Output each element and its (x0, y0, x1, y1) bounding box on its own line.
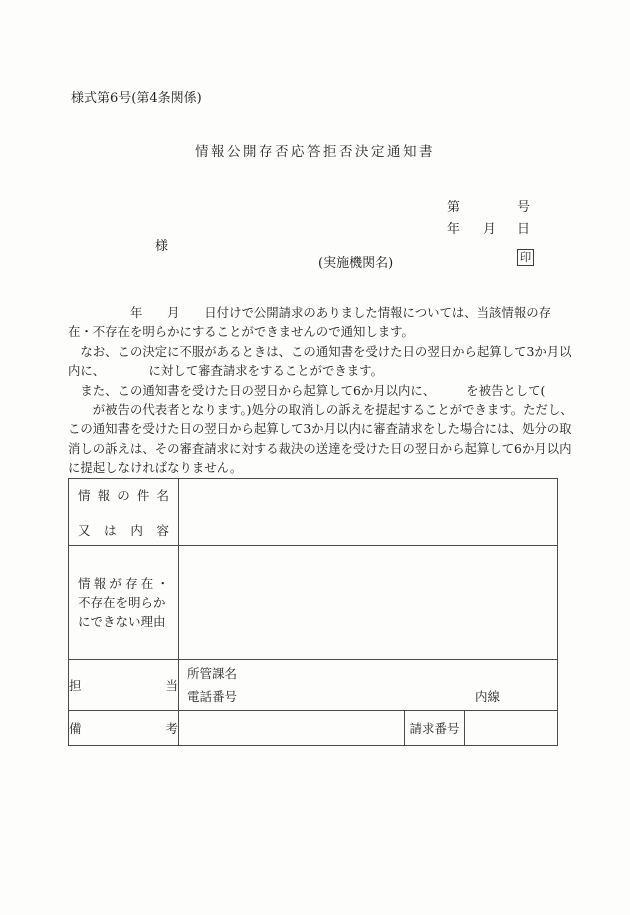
table-row-subject: 情報の件名 又は内容 (69, 479, 558, 546)
agency-name-label: (実施機関名) (318, 252, 393, 271)
body-line: 在・不存在を明らかにすることができませんので通知します。 (68, 322, 568, 341)
request-number-label: 請求番号 (409, 721, 459, 736)
body-line: 年 月 日付けで公開請求のありました情報については、当該情報の存 (68, 303, 568, 322)
extension-label: 内線 (475, 685, 500, 708)
subject-value-cell (179, 479, 558, 546)
subject-label-line1: 情報の件名 (78, 486, 169, 504)
remarks-value-cell (179, 711, 405, 746)
table-row-reason: 情報が存在・ 不存在を明らか にできない理由 (69, 546, 558, 660)
body-line: なお、この決定に不服があるときは、この通知書を受けた日の翌日から起算して3か月以 (68, 342, 568, 361)
table-row-contact: 担当 所管課名 電話番号 内線 (69, 660, 558, 711)
body-line: この通知書を受けた日の翌日から起算して3か月以内に審査請求をした場合には、処分の… (68, 419, 568, 438)
body-line: また、この通知書を受けた日の翌日から起算して6か月以内に、 を被告として( (68, 381, 568, 400)
seal-mark: 印 (517, 249, 534, 266)
table-row-remarks: 備考 請求番号 (69, 711, 558, 746)
request-number-value-cell (465, 711, 558, 746)
doc-number-suffix: 号 (517, 196, 530, 215)
notice-table: 情報の件名 又は内容 情報が存在・ 不存在を明らか にできない理由 担当 (68, 478, 558, 746)
reason-label-line2: 不存在を明らか (78, 594, 169, 612)
doc-number-prefix: 第 (447, 196, 460, 215)
body-line: に提起しなければなりません。 (68, 458, 568, 477)
remarks-label-cell: 備考 (69, 711, 179, 746)
contact-label-cell: 担当 (69, 660, 179, 711)
body-paragraph: 年 月 日付けで公開請求のありました情報については、当該情報の存 在・不存在を明… (68, 303, 568, 478)
body-line: 消しの訴えは、その審査請求に対する裁決の送達を受けた日の翌日から起算して6か月以… (68, 439, 568, 458)
date-day-label: 日 (517, 218, 530, 237)
subject-label-line2: 又は内容 (78, 521, 169, 539)
form-number: 様式第6号(第4条関係) (71, 87, 202, 106)
body-line: が被告の代表者となります。)処分の取消しの訴えを提起することができます。ただし、 (68, 400, 568, 419)
recipient-honorific: 様 (155, 235, 168, 254)
reason-label-cell: 情報が存在・ 不存在を明らか にできない理由 (69, 546, 179, 660)
document-page: 様式第6号(第4条関係) 情報公開存否応答拒否決定通知書 第 号 年 月 日 様… (0, 0, 630, 915)
remarks-label: 備考 (69, 719, 178, 737)
body-line: 内に、 に対して審査請求をすることができます。 (68, 361, 568, 380)
dept-name-label: 所管課名 (187, 662, 557, 685)
contact-value-cell: 所管課名 電話番号 内線 (179, 660, 558, 711)
date-year-label: 年 (447, 218, 460, 237)
page-title: 情報公開存否応答拒否決定通知書 (0, 140, 630, 160)
reason-label-line1: 情報が存在・ (78, 575, 169, 593)
subject-label-cell: 情報の件名 又は内容 (69, 479, 179, 546)
contact-label: 担当 (69, 676, 178, 694)
request-number-label-cell: 請求番号 (405, 711, 465, 746)
phone-line: 電話番号 内線 (187, 685, 557, 708)
phone-number-label: 電話番号 (187, 689, 237, 704)
reason-value-cell (179, 546, 558, 660)
reason-label-line3: にできない理由 (78, 613, 169, 631)
date-month-label: 月 (483, 218, 496, 237)
